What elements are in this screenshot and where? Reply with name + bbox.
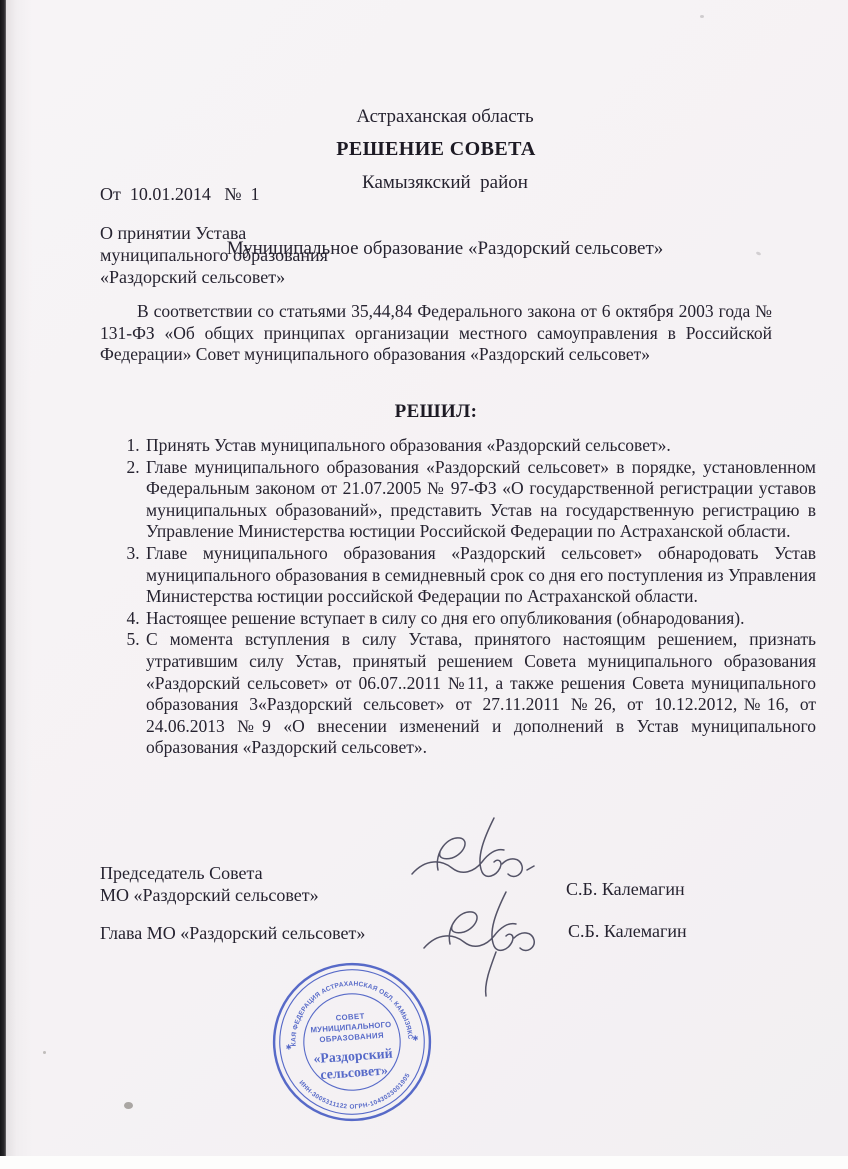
official-round-stamp: РОССИЙСКАЯ ФЕДЕРАЦИЯ АСТРАХАНСКАЯ ОБЛ. К… bbox=[264, 954, 439, 1129]
signature-stroke-chairman bbox=[412, 818, 534, 876]
date-number-line: От 10.01.2014 № 1 bbox=[100, 184, 260, 205]
header-region-line: Астраханская область bbox=[100, 106, 790, 128]
resolution-item-2: Главе муниципального образования «Раздор… bbox=[144, 457, 816, 543]
signature-role-chairman: Председатель Совета МО «Раздорский сельс… bbox=[100, 862, 319, 906]
subject-line: «Раздорский сельсовет» bbox=[100, 266, 328, 288]
resolution-items: Принять Устав муниципального образования… bbox=[100, 435, 816, 759]
document-title: РЕШЕНИЕ СОВЕТА bbox=[100, 138, 772, 161]
scan-speck bbox=[124, 1102, 133, 1109]
intro-paragraph: В соответствии со статьями 35,44,84 Феде… bbox=[100, 301, 772, 366]
role-line: Председатель Совета bbox=[100, 862, 319, 884]
stamp-center-line-1: СОВЕТ bbox=[335, 1012, 365, 1023]
resolution-item-5: С момента вступления в силу Устава, прин… bbox=[144, 629, 816, 759]
scan-speck bbox=[700, 15, 704, 18]
resolution-item-1: Принять Устав муниципального образования… bbox=[144, 435, 816, 457]
resolved-heading: РЕШИЛ: bbox=[100, 401, 772, 423]
subject-line: муниципального образования bbox=[100, 244, 328, 266]
signature-stroke-head bbox=[424, 892, 534, 996]
resolution-item-3: Главе муниципального образования «Раздор… bbox=[144, 543, 816, 608]
subject-block: О принятии Устава муниципального образов… bbox=[100, 222, 328, 288]
signature-name-head: С.Б. Калемагин bbox=[568, 921, 687, 942]
signature-name-chairman: С.Б. Калемагин bbox=[566, 879, 685, 900]
scan-speck bbox=[43, 1051, 46, 1054]
scan-edge-bottom bbox=[0, 1156, 848, 1169]
scan-shadow-left bbox=[6, 0, 32, 1169]
stamp-name-line-2: сельсовет» bbox=[320, 1062, 389, 1082]
stamp-star-right: ✱ bbox=[412, 1034, 419, 1042]
role-line: МО «Раздорский сельсовет» bbox=[100, 884, 319, 906]
subject-line: О принятии Устава bbox=[100, 222, 328, 244]
signature-role-head: Глава МО «Раздорский сельсовет» bbox=[100, 923, 365, 944]
stamp-star-left: ✱ bbox=[285, 1043, 292, 1051]
resolution-item-4: Настоящее решение вступает в силу со дня… bbox=[144, 608, 816, 630]
scanned-document-page: { "doc": { "header_lines": [ "Астраханск… bbox=[0, 0, 848, 1169]
stamp-middle-ring bbox=[275, 965, 429, 1119]
